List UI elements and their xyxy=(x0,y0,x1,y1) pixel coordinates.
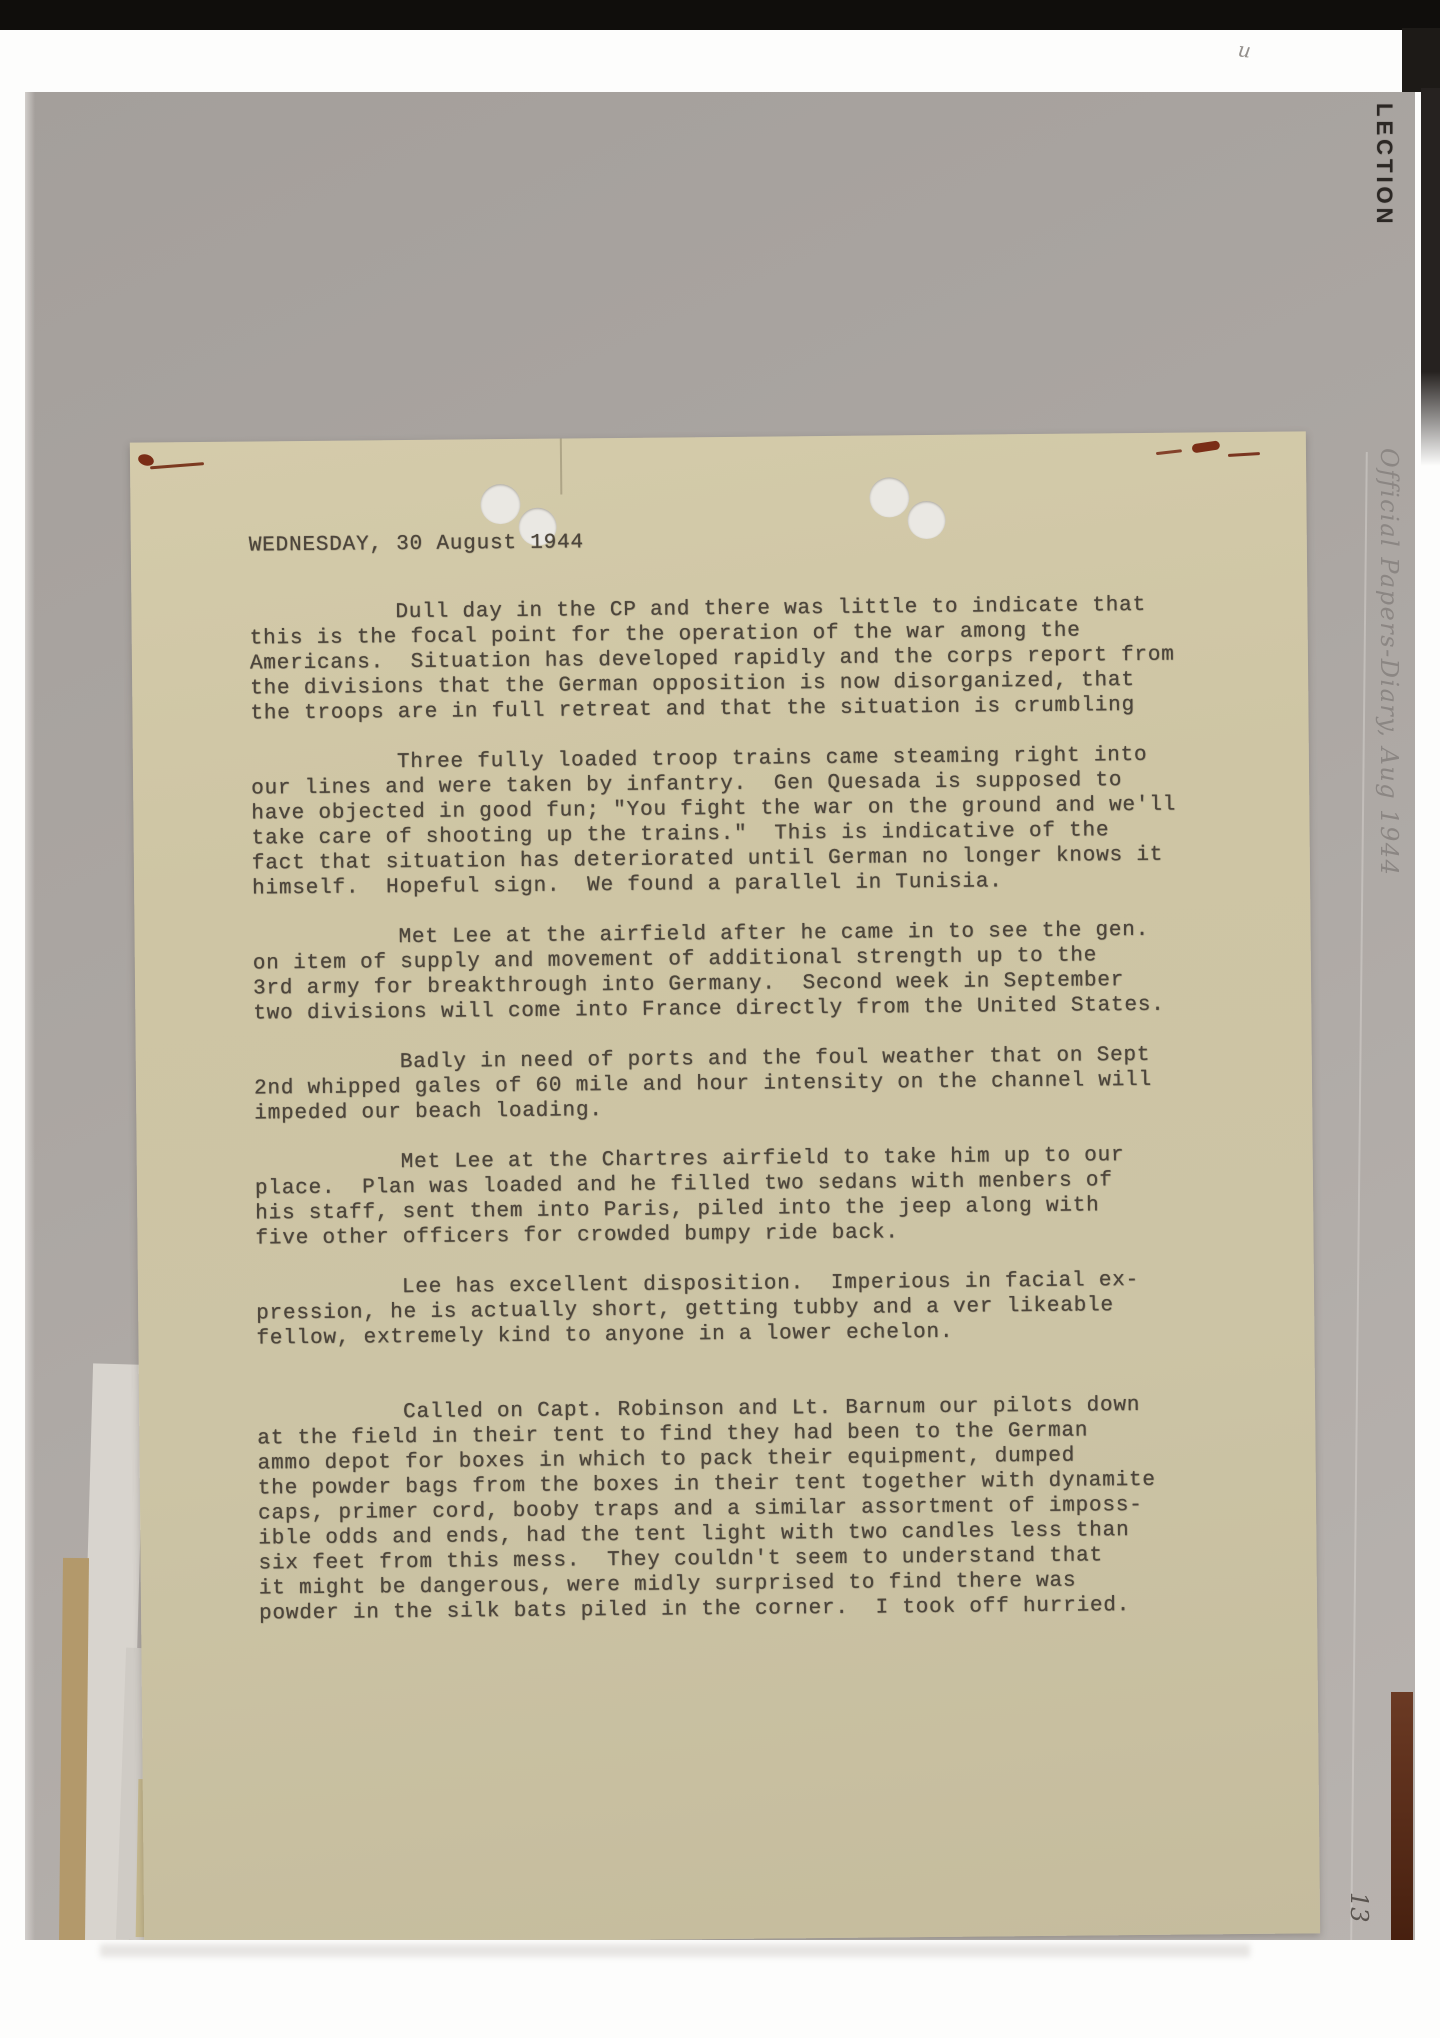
paper-edge-sliver-tan xyxy=(59,1558,89,1940)
collection-stamp: LECTION xyxy=(1371,103,1397,228)
rust-stain-right xyxy=(1191,440,1220,453)
archivist-margin-note: Official Papers-Diary, Aug 1944 xyxy=(1375,448,1403,876)
diary-paragraphs: Dull day in the CP and there was little … xyxy=(249,592,1259,1627)
diary-paragraph: Met Lee at the airfield after he came in… xyxy=(252,917,1253,1027)
film-edge-right xyxy=(1421,88,1440,466)
punch-hole xyxy=(869,477,909,517)
scan-shadow xyxy=(100,1944,1250,1957)
diary-page: WEDNESDAY, 30 August 1944 Dull day in th… xyxy=(130,431,1320,1940)
rust-stain-right xyxy=(1228,452,1260,457)
rust-stain-right xyxy=(1156,449,1182,455)
typewritten-text: WEDNESDAY, 30 August 1944 Dull day in th… xyxy=(249,524,1259,1627)
pencil-tick-mark: u xyxy=(1236,37,1252,63)
scanned-photo: WEDNESDAY, 30 August 1944 Dull day in th… xyxy=(25,92,1415,1940)
binding-strip xyxy=(1391,1692,1413,1940)
backing-sheet-crease xyxy=(1350,452,1368,1940)
diary-paragraph: Three fully loaded troop trains came ste… xyxy=(251,742,1252,902)
film-edge-top xyxy=(0,0,1440,30)
diary-paragraph: Dull day in the CP and there was little … xyxy=(249,592,1250,727)
photo-left-edge xyxy=(25,92,35,1940)
page-crease xyxy=(560,439,563,495)
entry-date-heading: WEDNESDAY, 30 August 1944 xyxy=(249,524,1249,559)
film-edge-corner xyxy=(1402,28,1440,92)
diary-paragraph: Called on Capt. Robinson and Lt. Barnum … xyxy=(257,1392,1259,1627)
page-number-note: 13 xyxy=(1345,1892,1373,1923)
diary-paragraph: Lee has excellent disposition. Imperious… xyxy=(256,1267,1257,1352)
diary-paragraph: Met Lee at the Chartres airfield to take… xyxy=(255,1142,1256,1252)
rust-stain-left xyxy=(150,462,204,469)
punch-hole xyxy=(480,484,520,524)
diary-paragraph: Badly in need of ports and the foul weat… xyxy=(254,1042,1255,1127)
